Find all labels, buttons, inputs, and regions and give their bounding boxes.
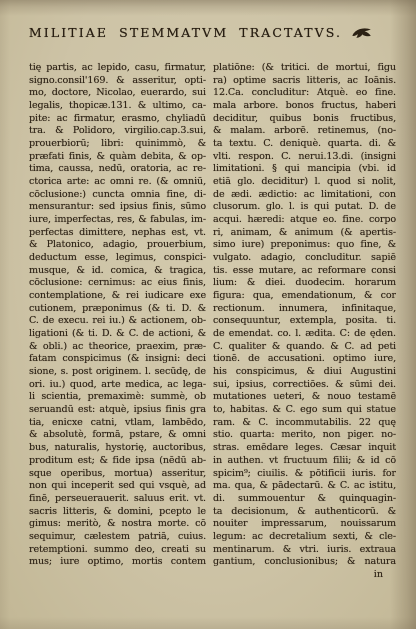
text-line: deductum esse, legimus, conspici- [29,252,206,265]
text-line: tię partis, ac lepido, casu, firmatur, [29,62,206,75]
text-line: sque operibus, mortua) asseritur, [29,468,206,481]
text-line: mensurantur: sed ipsius finis, sūmo [29,201,206,214]
text-line: perfectas dimittere, nephas est, vt. [29,227,206,240]
text-line: in authen. vt fructuum filii; & id cō [213,455,396,468]
text-line: rectionum. innumera, infinitaque, [213,303,396,316]
text-line: stras. emēdare leges. Cæsar inquit [213,442,396,455]
text-line: proditum est; & fide ipsa (nēdū ab- [29,455,206,468]
text-line: ctorica arte: ac omni re. (& omniū, [29,176,206,189]
text-line: ra) optime sacris litteris, ac Ioānis. [213,75,396,88]
text-line: stio. quarta: merito, non piger. no- [213,429,396,442]
text-line: cōclusione:) cuncta omnia fine, di- [29,189,206,202]
text-line: lium: & diei. duodecim. horarum [213,277,396,290]
text-line: ri, animam, & animum (& apertis- [213,227,396,240]
text-line: limitationi. § qui mancipia (vbi. id [213,163,396,176]
text-line: signo.consil'169. & asseritur, opti- [29,75,206,88]
text-column-right: platiōne: (& tritici. de mortui, figura)… [213,62,396,582]
text-line: de emendat. co. l. ædita. C: de ęden. [213,328,396,341]
text-line: tra. & Polidoro, virgilio.cap.3.sui, [29,125,206,138]
text-line: de ædi. ædictio: ac limitationi, con [213,189,396,202]
text-line: mentinarum. & vtri. iuris. extraua [213,544,396,557]
text-line: finē, perseuerauerit. saluus erit. vt. [29,493,206,506]
text-line: gantium, conclusionibus; & natura [213,556,396,569]
text-line: retemptioni. summo deo, creati su [29,544,206,557]
fleuron-icon [350,25,374,41]
text-line: mus; iure optimo, mortis contem [29,556,206,569]
text-line: clusorum. glo. l. is qui putat. D. de [213,201,396,214]
text-line: sui, ipsius, correctiōes. & sūmi dei. [213,379,396,392]
text-line: vlti. respon. C. nerui.13.di. (insigni [213,151,396,164]
text-line: C. qualiter & quando. & C. ad peti [213,341,396,354]
text-line: figura: qua, emendationum, & cor [213,290,396,303]
text-line: to, habitas. & C. ego sum qui statue [213,404,396,417]
text-column-left: tię partis, ac lepido, casu, firmatur,si… [29,62,206,582]
text-line: consequuntur, extempla, posita. ti. [213,315,396,328]
text-line: spicim⁹; ciuilis. & pōtificii iuris. for [213,468,396,481]
text-line: seruandū est: atquè, ipsius finis gra [29,404,206,417]
text-line: C. de execu. rei iu.) & actionem, ob- [29,315,206,328]
book-page: MILITIAE STEMMATVM TRACTATVS. tię partis… [0,0,416,629]
text-line: prouerbiorū; libri: quinimmò, & [29,138,206,151]
text-line: his conspicimus, & diui Augustini [213,366,396,379]
text-line: fatam conspicimus (& insigni: deci [29,353,206,366]
text-line: etiā glo. deciditur) l. quod si nolit, [213,176,396,189]
text-line: li scientia, premaximè: summè, ob [29,391,206,404]
text-line: tionē. de accusationi. optimo iure, [213,353,396,366]
catchword: in [213,569,396,582]
text-line: 12.Ca. concluditur: Atquè. eo fine. [213,87,396,100]
text-line: & Platonico, adagio, prouerbium, [29,239,206,252]
text-line: sione, s. post originem. l. secūdę, de [29,366,206,379]
text-line: legalis, thopicæ.131. & ultimo, ca- [29,100,206,113]
text-line: iure, imperfectas, res, & fabulas, im- [29,214,206,227]
text-line: mutationes ueteri, & nouo testamē [213,391,396,404]
text-line: sequimur, cælestem patriā, cuius. [29,531,206,544]
text-line: ta decisionum, & authenticorū. & [213,506,396,519]
text-line: & malam. arborē. retinemus, (no- [213,125,396,138]
text-line: ta textu. C. deniquè. quarta. di. & [213,138,396,151]
text-line: acqui. hæredi: atque eo. fine. corpo [213,214,396,227]
text-line: tis. esse mutare, ac reformare consi [213,265,396,278]
text-line: cutionem, præponimus (& ti. D. & [29,303,206,316]
text-line: vulgato. adagio, concluditur. sapiē [213,252,396,265]
text-line: tima, caussa, nedū, oratoria, ac re- [29,163,206,176]
text-line: deciditur, quibus bonis fructibus, [213,113,396,126]
text-line: mo, doctore, Nicolao, euerardo, sui [29,87,206,100]
text-line: ori. iu.) quod, arte medica, ac lega- [29,379,206,392]
text-line: contemplatione, & rei iudicare exe [29,290,206,303]
text-line: tia, enicxe catni, vtlam, lambēdo, [29,417,206,430]
text-line: cōclusione: cernimus: ac eius finis, [29,277,206,290]
text-line: bus, naturalis, hystorię, auctoribus, [29,442,206,455]
text-line: ram. & C. incommutabilis. 22 quę [213,417,396,430]
text-line: gimus: meritò, & nostra morte. cō [29,518,206,531]
text-line: musque, & id. comica, & tragica, [29,265,206,278]
text-line: di. summouentur & quinquagin- [213,493,396,506]
text-line: simo iure) preponimus: quo fine, & [213,239,396,252]
text-line: nouiter impressarum, nouissarum [213,518,396,531]
text-line: præfati finis, & quàm debita, & op- [29,151,206,164]
running-title: MILITIAE STEMMATVM TRACTATVS. [29,25,342,40]
text-line: non qui inceperit sed qui vsquè, ad [29,480,206,493]
text-block: tię partis, ac lepido, casu, firmatur,si… [29,62,396,582]
text-line: legum: ac decretalium sexti, & cle- [213,531,396,544]
text-line: sacris litteris, & domini, pcepto le [29,506,206,519]
text-line: & absolutè, formā, pstare, & omni [29,429,206,442]
text-line: pite: ac firmatur, erasmo, chyliadū [29,113,206,126]
running-head: MILITIAE STEMMATVM TRACTATVS. [0,25,402,40]
text-line: mala arbore. bonos fructus, haberi [213,100,396,113]
text-line: & obli.) ac theorice, praexim, præ- [29,341,206,354]
text-line: ligationi (& ti. D. & C. de actioni, & [29,328,206,341]
text-line: ma. qua, & pādectarū. & C. ac istitu, [213,480,396,493]
text-line: platiōne: (& tritici. de mortui, figu [213,62,396,75]
